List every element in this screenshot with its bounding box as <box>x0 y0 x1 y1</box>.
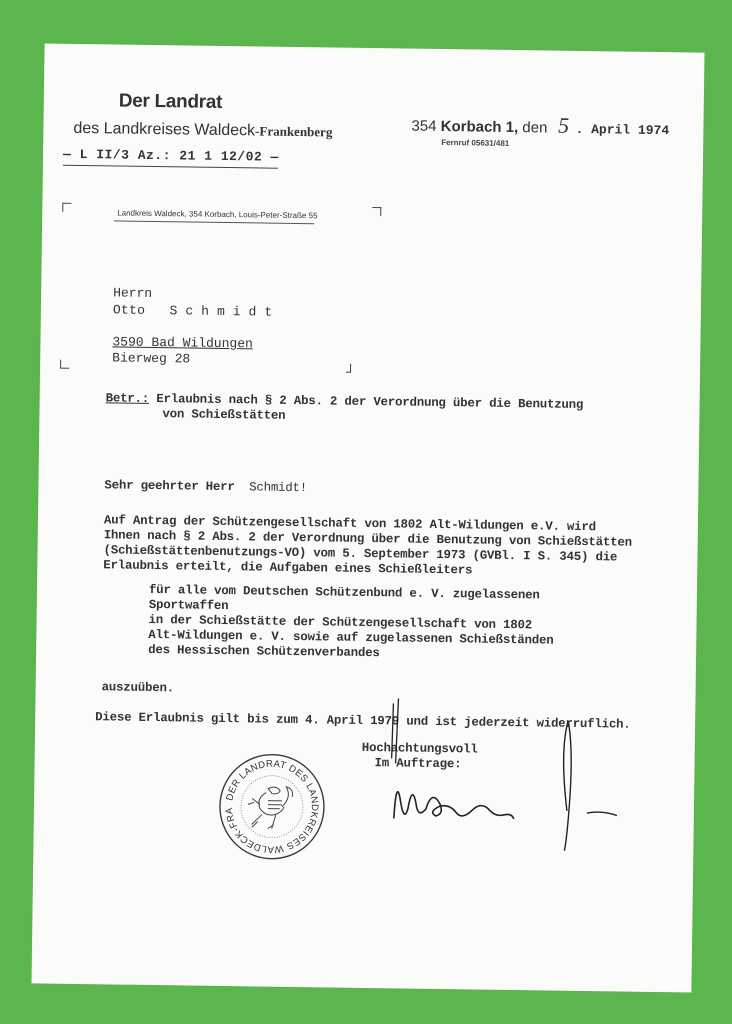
greeting-name: Schmidt! <box>249 480 307 495</box>
date-month-year: . April 1974 <box>575 122 669 138</box>
date-word: den <box>522 119 547 136</box>
return-address: Landkreis Waldeck, 354 Korbach, Louis-Pe… <box>117 208 317 220</box>
reference-underline <box>63 165 278 169</box>
recipient-name: Otto Schmidt <box>113 302 281 319</box>
letterhead-district: des Landkreises Waldeck-Frankenberg <box>73 120 332 142</box>
recipient-salutation: Herrn <box>113 285 152 301</box>
recipient-last-name: Schmidt <box>169 303 280 320</box>
window-corner-mark <box>60 360 69 369</box>
indented-line: Sportwaffen <box>149 598 229 613</box>
window-corner-mark <box>346 364 351 373</box>
window-corner-mark <box>62 203 71 212</box>
phone-number: Fernruf 05631/481 <box>441 138 509 148</box>
lion-icon <box>248 786 293 829</box>
district-prefix: des Landkreises Waldeck <box>73 120 255 140</box>
window-corner-mark <box>372 207 381 216</box>
recipient-first-name: Otto <box>113 302 146 317</box>
place-name: Korbach 1, <box>441 118 519 136</box>
signature <box>388 698 630 871</box>
letter-page: Der Landrat des Landkreises Waldeck-Fran… <box>31 43 704 992</box>
official-stamp: DER LANDRAT DES LANDKREISES WALDECK-FRAN… <box>216 751 328 863</box>
recipient-city: 3590 Bad Wildungen <box>112 334 253 351</box>
indented-line: des Hessischen Schützenverbandes <box>148 643 380 660</box>
letterhead-authority: Der Landrat <box>119 90 223 113</box>
greeting: Sehr geehrter Herr Schmidt! <box>104 478 307 495</box>
reference-number: — L II/3 Az.: 21 1 12/02 — <box>63 147 279 165</box>
greeting-text: Sehr geehrter Herr <box>104 478 234 494</box>
subject-text-continued: von Schießstätten <box>162 407 285 423</box>
body-conclusion: auszuüben. <box>102 680 175 695</box>
postal-code: 354 <box>411 118 436 135</box>
subject-label: Betr.: <box>106 391 150 406</box>
district-suffix: -Frankenberg <box>255 123 332 139</box>
place-and-date: 354 Korbach 1, den 5. April 1974 <box>411 117 669 139</box>
day-handwritten: 5 <box>552 119 576 133</box>
return-address-underline <box>114 220 314 224</box>
recipient-street: Bierweg 28 <box>112 350 190 366</box>
